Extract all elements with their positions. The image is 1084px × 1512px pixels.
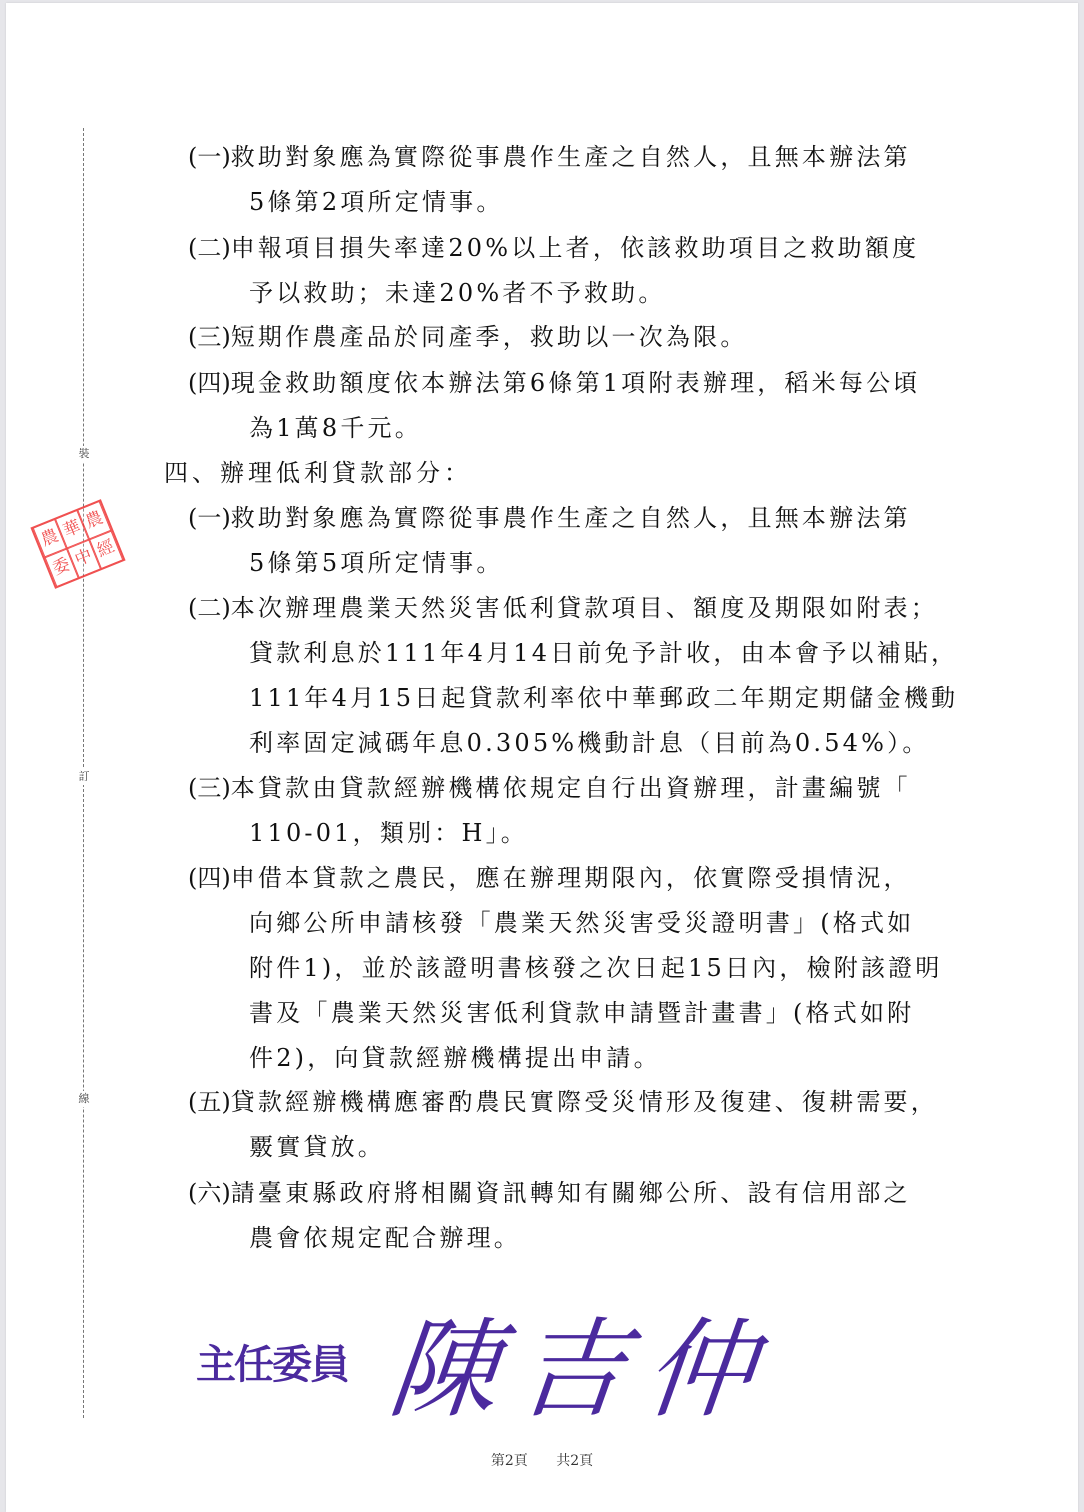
section4-item-6-line-1: (六)請臺東縣政府將相關資訊轉知有關鄉公所、設有信用部之 — [188, 1178, 911, 1208]
section4-item-1-line-2: 5條第5項所定情事。 — [249, 548, 504, 578]
item-label: (三) — [188, 323, 231, 351]
signature-name: 陳吉仲 — [383, 1283, 783, 1438]
section4-item-4-line-5: 件2)，向貸款經辦機構提出申請。 — [249, 1043, 661, 1073]
item-label: (六) — [188, 1179, 231, 1207]
item-text: 救助對象應為實際從事農作生產之自然人，且無本辦法第 — [231, 143, 911, 171]
section4-item-2-line-2: 貸款利息於111年4月14日前免予計收，由本會予以補貼， — [249, 638, 958, 668]
section4-item-3-line-2: 110-01，類別：H」。 — [249, 818, 528, 848]
item-text: 貸款經辦機構應審酌農民實際受災情形及復建、復耕需要， — [231, 1088, 938, 1116]
section4-item-4-line-2: 向鄉公所申請核發「農業天然災害受災證明書」(格式如 — [249, 908, 914, 938]
section4-item-5-line-1: (五)貸款經辦機構應審酌農民實際受災情形及復建、復耕需要， — [188, 1087, 938, 1117]
item-text: 請臺東縣政府將相關資訊轉知有關鄉公所、設有信用部之 — [231, 1179, 911, 1207]
page-number: 第2頁 — [491, 1453, 528, 1469]
section4-heading: 四、辦理低利貸款部分： — [164, 458, 472, 488]
section4-item-1-line-1: (一)救助對象應為實際從事農作生產之自然人，且無本辦法第 — [188, 503, 911, 533]
item-text: 救助對象應為實際從事農作生產之自然人，且無本辦法第 — [231, 504, 911, 532]
item-text: 本貸款由貸款經辦機構依規定自行出資辦理，計畫編號「 — [231, 774, 911, 802]
section3-item-3-line-1: (三)短期作農產品於同產季，救助以一次為限。 — [188, 322, 748, 352]
red-seal-stamp: 農 華 農 委 中 經 — [30, 499, 125, 589]
binding-label-ding: 訂 — [76, 769, 92, 785]
section4-item-4-line-4: 書及「農業天然災害低利貸款申請暨計畫書」(格式如附 — [249, 998, 914, 1028]
section4-item-2-line-3: 111年4月15日起貸款利率依中華郵政二年期定期儲金機動 — [249, 683, 958, 713]
binding-label-xian: 線 — [76, 1091, 92, 1107]
section4-item-6-line-2: 農會依規定配合辦理。 — [249, 1223, 521, 1253]
binding-label-zhuang: 裝 — [76, 446, 92, 462]
section4-item-5-line-2: 覈實貸放。 — [249, 1132, 385, 1162]
item-label: (五) — [188, 1088, 231, 1116]
page-total: 共2頁 — [556, 1453, 593, 1469]
item-label: (一) — [188, 143, 231, 171]
item-label: (四) — [188, 369, 231, 397]
section4-item-2-line-4: 利率固定減碼年息0.305%機動計息（目前為0.54%）。 — [249, 728, 930, 758]
item-label: (一) — [188, 504, 231, 532]
section3-item-2-line-2: 予以救助；未達20%者不予救助。 — [249, 278, 666, 308]
section3-item-2-line-1: (二)申報項目損失率達20%以上者，依該救助項目之救助額度 — [188, 233, 919, 263]
item-text: 申借本貸款之農民，應在辦理期限內，依實際受損情況， — [231, 864, 911, 892]
item-label: (三) — [188, 774, 231, 802]
item-label: (二) — [188, 594, 231, 622]
item-text: 現金救助額度依本辦法第6條第1項附表辦理，稻米每公頃 — [231, 369, 921, 397]
item-text: 申報項目損失率達20%以上者，依該救助項目之救助額度 — [231, 234, 920, 262]
item-text: 本次辦理農業天然災害低利貸款項目、額度及期限如附表； — [231, 594, 938, 622]
signature-title: 主任委員 — [196, 1333, 348, 1390]
item-label: (二) — [188, 234, 231, 262]
section4-item-4-line-3: 附件1)，並於該證明書核發之次日起15日內，檢附該證明 — [249, 953, 943, 983]
section4-item-3-line-1: (三)本貸款由貸款經辦機構依規定自行出資辦理，計畫編號「 — [188, 773, 911, 803]
section4-item-4-line-1: (四)申借本貸款之農民，應在辦理期限內，依實際受損情況， — [188, 863, 911, 893]
page-footer: 第2頁 共2頁 — [6, 1450, 1078, 1470]
item-text: 短期作農產品於同產季，救助以一次為限。 — [231, 323, 748, 351]
document-page: 裝 訂 線 農 華 農 委 中 經 (一)救助對象應為實際從事農作生產之自然人，… — [6, 3, 1078, 1512]
section3-item-4-line-1: (四)現金救助額度依本辦法第6條第1項附表辦理，稻米每公頃 — [188, 368, 920, 398]
section3-item-4-line-2: 為1萬8千元。 — [249, 413, 422, 443]
section3-item-1-line-1: (一)救助對象應為實際從事農作生產之自然人，且無本辦法第 — [188, 142, 911, 172]
section4-item-2-line-1: (二)本次辦理農業天然災害低利貸款項目、額度及期限如附表； — [188, 593, 938, 623]
item-label: (四) — [188, 864, 231, 892]
section3-item-1-line-2: 5條第2項所定情事。 — [249, 187, 504, 217]
